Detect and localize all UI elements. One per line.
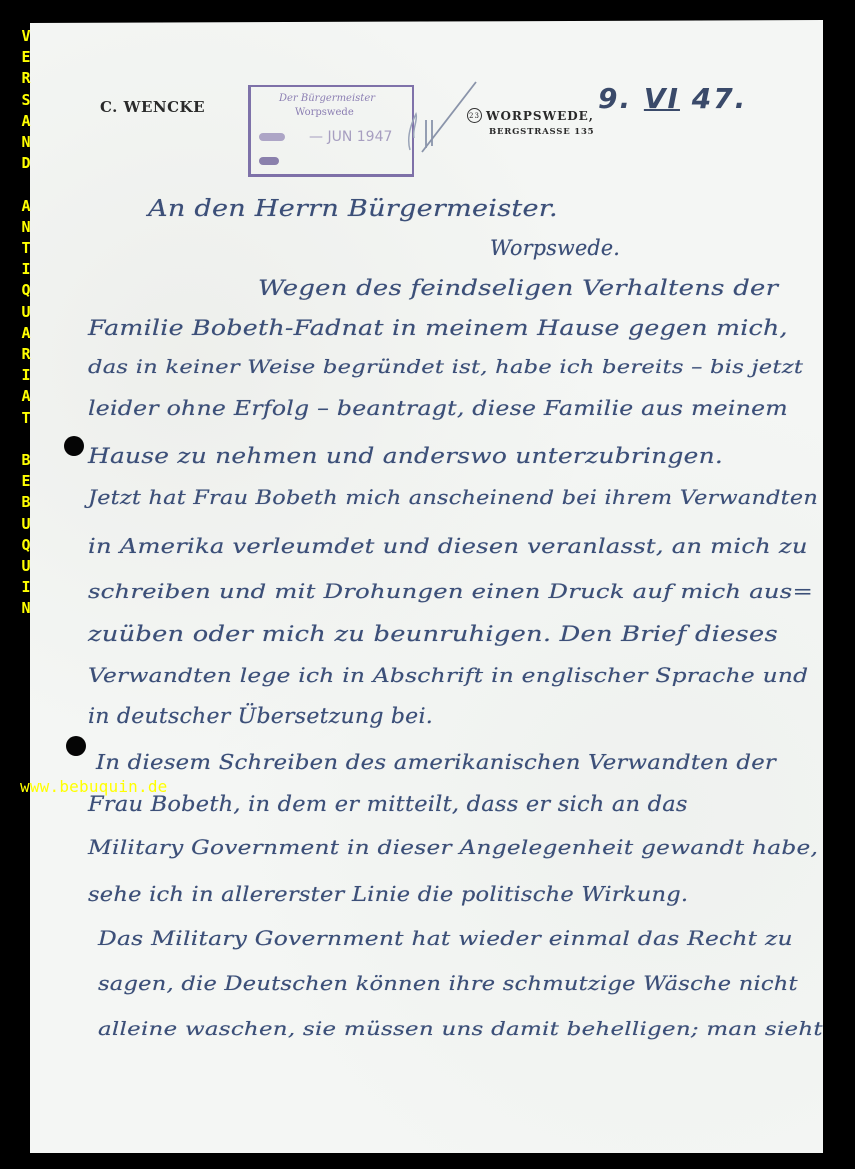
letter-line: das in keiner Weise begründet ist, habe … (88, 356, 803, 378)
watermark-letter: I (21, 259, 30, 280)
letter-line: leider ohne Erfolg – beantragt, diese Fa… (88, 396, 788, 420)
watermark-letter: E (21, 47, 30, 68)
watermark-letter: N (21, 598, 30, 619)
received-stamp: Der Bürgermeister Worpswede — JUN 1947 (248, 85, 414, 177)
letterhead-address: 23 WORPSWEDE, BERGSTRASSE 135 (467, 108, 594, 137)
watermark-letter: A (21, 386, 30, 407)
letter-line: In diesem Schreiben des amerikanischen V… (96, 750, 776, 774)
letter-line: Hause zu nehmen und anderswo unterzubrin… (88, 444, 723, 468)
watermark-url: www.bebuquin.de (20, 777, 168, 796)
watermark-letter: V (21, 26, 30, 47)
stamp-date: — JUN 1947 (309, 129, 392, 145)
letterhead-town: WORPSWEDE, (486, 109, 594, 123)
watermark-letter: A (21, 196, 30, 217)
watermark-letter: R (21, 68, 30, 89)
watermark-letter: E (21, 471, 30, 492)
watermark-letter: B (21, 450, 30, 471)
letter-line: zuüben oder mich zu beunruhigen. Den Bri… (88, 622, 778, 646)
letter-place: Worpswede. (490, 236, 620, 260)
watermark-letter: R (21, 344, 30, 365)
date-year: 47. (692, 82, 748, 115)
letter-line: in deutscher Übersetzung bei. (88, 704, 433, 728)
watermark-letter: D (21, 153, 30, 174)
watermark-letter: U (21, 556, 30, 577)
watermark-letter: T (21, 408, 30, 429)
stamp-authority: Der Bürgermeister (279, 93, 375, 104)
letter-line: Wegen des feindseligen Verhaltens der (258, 276, 778, 300)
stamp-town: Worpswede (295, 107, 354, 118)
letter-line: Das Military Government hat wieder einma… (98, 926, 793, 950)
letter-line: Jetzt hat Frau Bobeth mich anscheinend b… (88, 486, 818, 509)
letter-line: Frau Bobeth, in dem er mitteilt, dass er… (88, 792, 688, 816)
watermark-letter: S (21, 90, 30, 111)
watermark-letter: B (21, 492, 30, 513)
watermark-letter: Q (21, 280, 30, 301)
letter-line: Military Government in dieser Angelegenh… (88, 836, 818, 859)
letter-line: sehe ich in allererster Linie die politi… (88, 882, 688, 906)
letter-line: schreiben und mit Drohungen einen Druck … (88, 580, 813, 603)
pencil-annotation-icon (398, 80, 478, 160)
stamp-ink-mark (259, 133, 285, 141)
letter-line: Verwandten lege ich in Abschrift in engl… (88, 664, 808, 687)
watermark-letter: Q (21, 535, 30, 556)
watermark-letter: A (21, 111, 30, 132)
letter-line: in Amerika verleumdet und diesen veranla… (88, 534, 808, 558)
handwritten-date: 9. VI 47. (598, 82, 747, 115)
stamp-ink-mark (259, 157, 279, 165)
letter-line: alleine waschen, sie müssen uns damit be… (98, 1018, 823, 1040)
letter-line: Familie Bobeth-Fadnat in meinem Hause ge… (88, 316, 788, 340)
watermark-letter: N (21, 217, 30, 238)
watermark-letter: U (21, 302, 30, 323)
watermark-letter: A (21, 323, 30, 344)
watermark-vertical: VERSANDANTIQUARIATBEBUQUIN (18, 26, 34, 620)
punch-hole (64, 436, 84, 456)
watermark-letter: T (21, 238, 30, 259)
watermark-letter: I (21, 577, 30, 598)
postal-district-badge: 23 (467, 108, 482, 123)
letter-salutation: An den Herrn Bürgermeister. (148, 196, 558, 222)
letter-line: sagen, die Deutschen können ihre schmutz… (98, 972, 798, 995)
punch-hole (66, 736, 86, 756)
letterhead-name: C. WENCKE (100, 98, 205, 116)
watermark-letter: I (21, 365, 30, 386)
date-day: 9. (598, 82, 632, 115)
date-month: VI (644, 82, 680, 115)
watermark-letter: N (21, 132, 30, 153)
watermark-letter: U (21, 514, 30, 535)
letterhead-street: BERGSTRASSE 135 (489, 127, 594, 137)
